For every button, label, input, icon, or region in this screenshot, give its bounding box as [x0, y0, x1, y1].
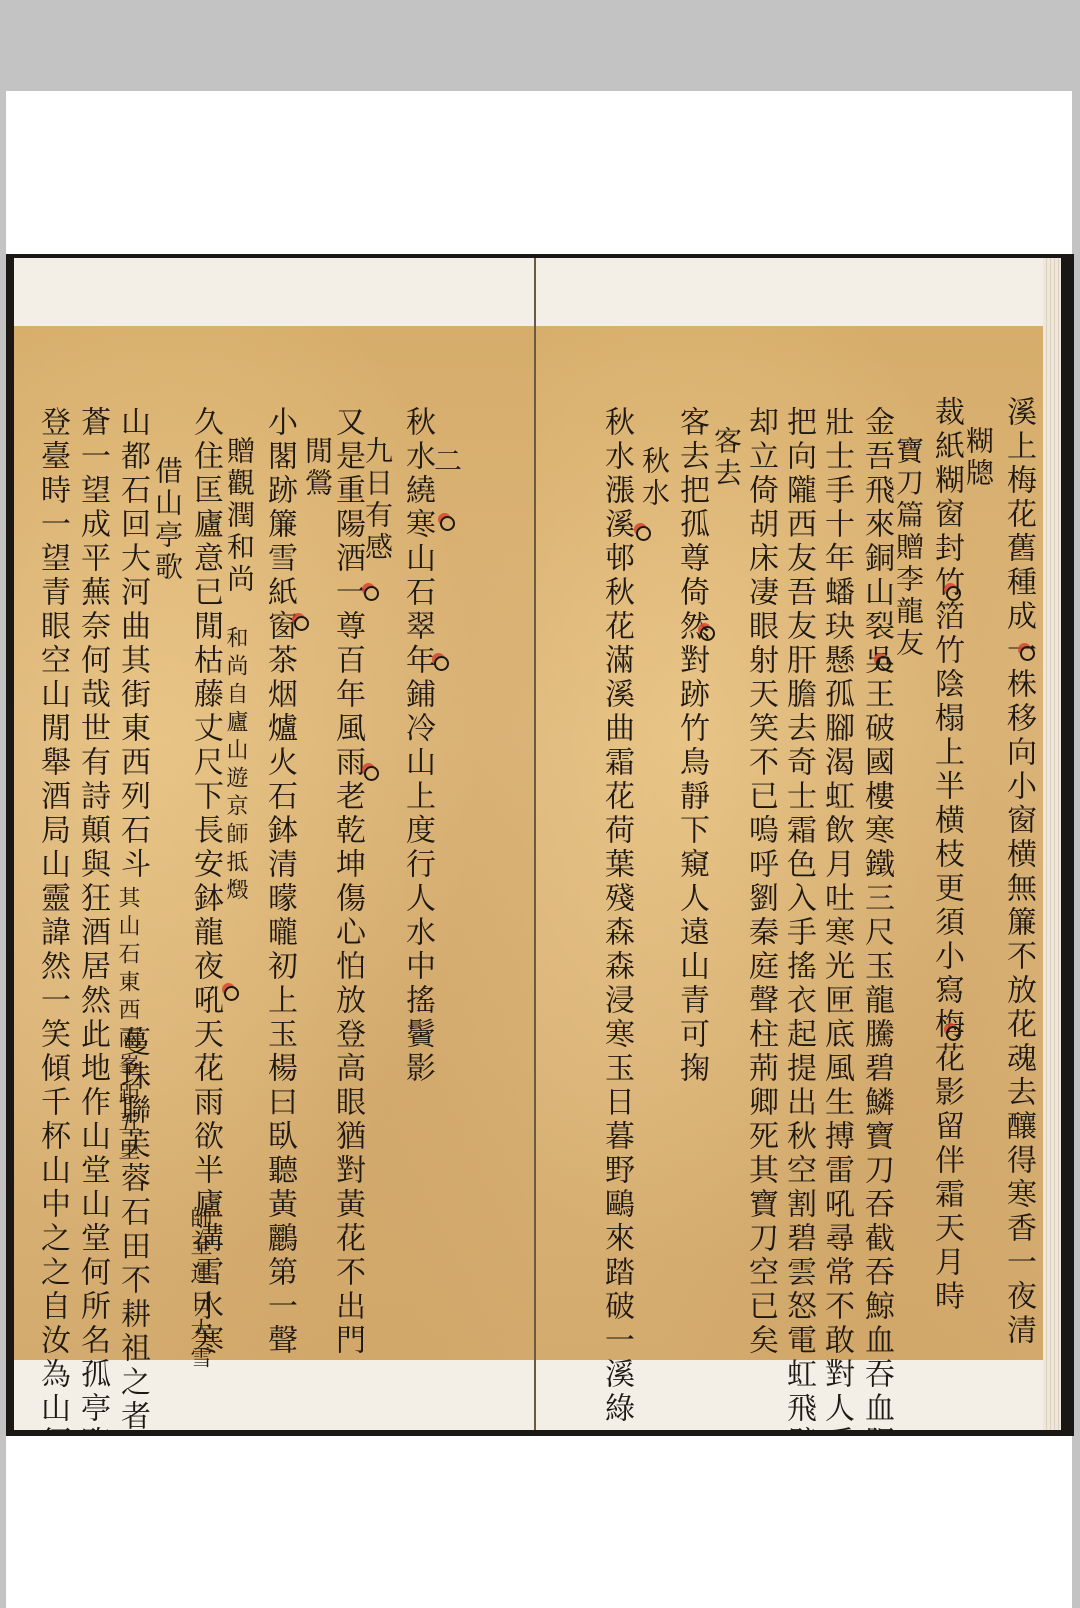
text-column: 溪上梅花舊種成一株移向小窗横無簾不放花魂去釀得寒香一夜清 [1001, 396, 1035, 1348]
text-column: 金吾飛來銅山裂吳王破國樓寒鐵三尺玉龍騰碧鱗寶刀吞截吞鯨血吞血腥噴 [859, 406, 893, 1430]
poem-title: 借山亭歌 [150, 456, 184, 584]
text-column: 山都石回大河曲其街東西列石斗 [115, 406, 149, 866]
punctuation-circle [946, 1026, 961, 1041]
left-page: 二 秋水繞寒山石翠年鋪冷山上度行人水中搖鬢影 九日有感 又是重陽酒一尊百年風雨老… [14, 258, 534, 1430]
text-column: 登臺時一望青眼空山閒舉酒局山靈諱然一笑傾千杯山中之之自汝為山徑幾載年 [35, 406, 69, 1430]
poem-title: 九日有感 [360, 436, 394, 564]
punctuation-circle [876, 656, 891, 671]
punctuation-circle [294, 616, 309, 631]
punctuation-circle [440, 516, 455, 531]
annotation-note: 師至連日大雪 [182, 1206, 216, 1374]
text-column: 裁紙糊窗封竹箔竹陰榻上半横枝更須小寫梅花影留伴霜天月時 [929, 396, 963, 1276]
punctuation-circle [434, 656, 449, 671]
text-column: 壯士手十年蟠玦懸孤腳渴虹飲月吐寒光匣底風生搏雷吼尋常不敢對人看一朝 [819, 406, 853, 1430]
punctuation-circle [636, 526, 651, 541]
page-edge-stack [1043, 258, 1061, 1430]
right-page: 溪上梅花舊種成一株移向小窗横無簾不放花魂去釀得寒香一夜清 糊牕 裁紙糊窗封竹箔竹… [536, 258, 1061, 1430]
annotation-note: 和尚自廬山遊京師抵燬 [218, 626, 252, 906]
manuscript-scan: 二 秋水繞寒山石翠年鋪冷山上度行人水中搖鬢影 九日有感 又是重陽酒一尊百年風雨老… [6, 254, 1074, 1436]
punctuation-circle [224, 986, 239, 1001]
text-column: 秋水繞寒山石翠年鋪冷山上度行人水中搖鬢影 [400, 406, 434, 966]
punctuation-circle [364, 766, 379, 781]
text-column: 小閣跡簾雪紙窗茶烟爐火石鉢清曚曨初上玉楊曰臥聽黃鸝第一聲 [262, 406, 296, 1206]
text-column: 秋水漲溪邨秋花滿溪曲霜花荷葉殘森森浸寒玉日暮野鷗來踏破一溪綠 [599, 406, 633, 1186]
poem-title: 贈觀潤和尚 [222, 436, 256, 596]
paper-text-block: 溪上梅花舊種成一株移向小窗横無簾不放花魂去釀得寒香一夜清 糊牕 裁紙糊窗封竹箔竹… [536, 326, 1043, 1360]
punctuation-circle [1020, 646, 1035, 661]
poem-title: 客去 [709, 426, 743, 490]
poem-title: 糊牕 [961, 426, 995, 490]
text-column: 又是重陽酒一尊百年風雨老乾坤傷心怕放登高眼猶對黃花不出門 [330, 406, 364, 1186]
text-column: 却立倚胡床凄眼射天笑不已嗚呼劉秦庭聲柱荊卿死其寶刀空已矣 [743, 406, 777, 1358]
poem-title: 秋水 [637, 446, 671, 510]
text-column: 蔓珠聯芙蓉石田不耕祖之者不耕而芘 [115, 1026, 149, 1430]
text-column: 客去把孤尊倚然對跡竹鳥靜下窺人遠山青可掬 [674, 406, 708, 966]
text-column: 蒼一望成平蕪奈何哉世有詩顛與狂酒居然此地作山堂山堂何所名孤亭臨高臺 [75, 406, 109, 1430]
punctuation-circle [700, 626, 715, 641]
paper-text-block: 二 秋水繞寒山石翠年鋪冷山上度行人水中搖鬢影 九日有感 又是重陽酒一尊百年風雨老… [14, 326, 534, 1360]
punctuation-circle [946, 586, 961, 601]
text-column: 把向隴西友吾友肝膽去奇士霜色入手搖衣起提出秋空割碧雲怒電虹飛劈江水回頭 [781, 406, 815, 1430]
poem-title: 閒鶯 [300, 436, 334, 500]
text-column: 久住匡廬意已閒枯藤丈尺下長安鉢龍夜吼天花雨欲半廬溝雪水寒 [188, 406, 222, 1206]
punctuation-circle [364, 586, 379, 601]
poem-title: 寶刀篇贈李龍友 [891, 436, 925, 660]
